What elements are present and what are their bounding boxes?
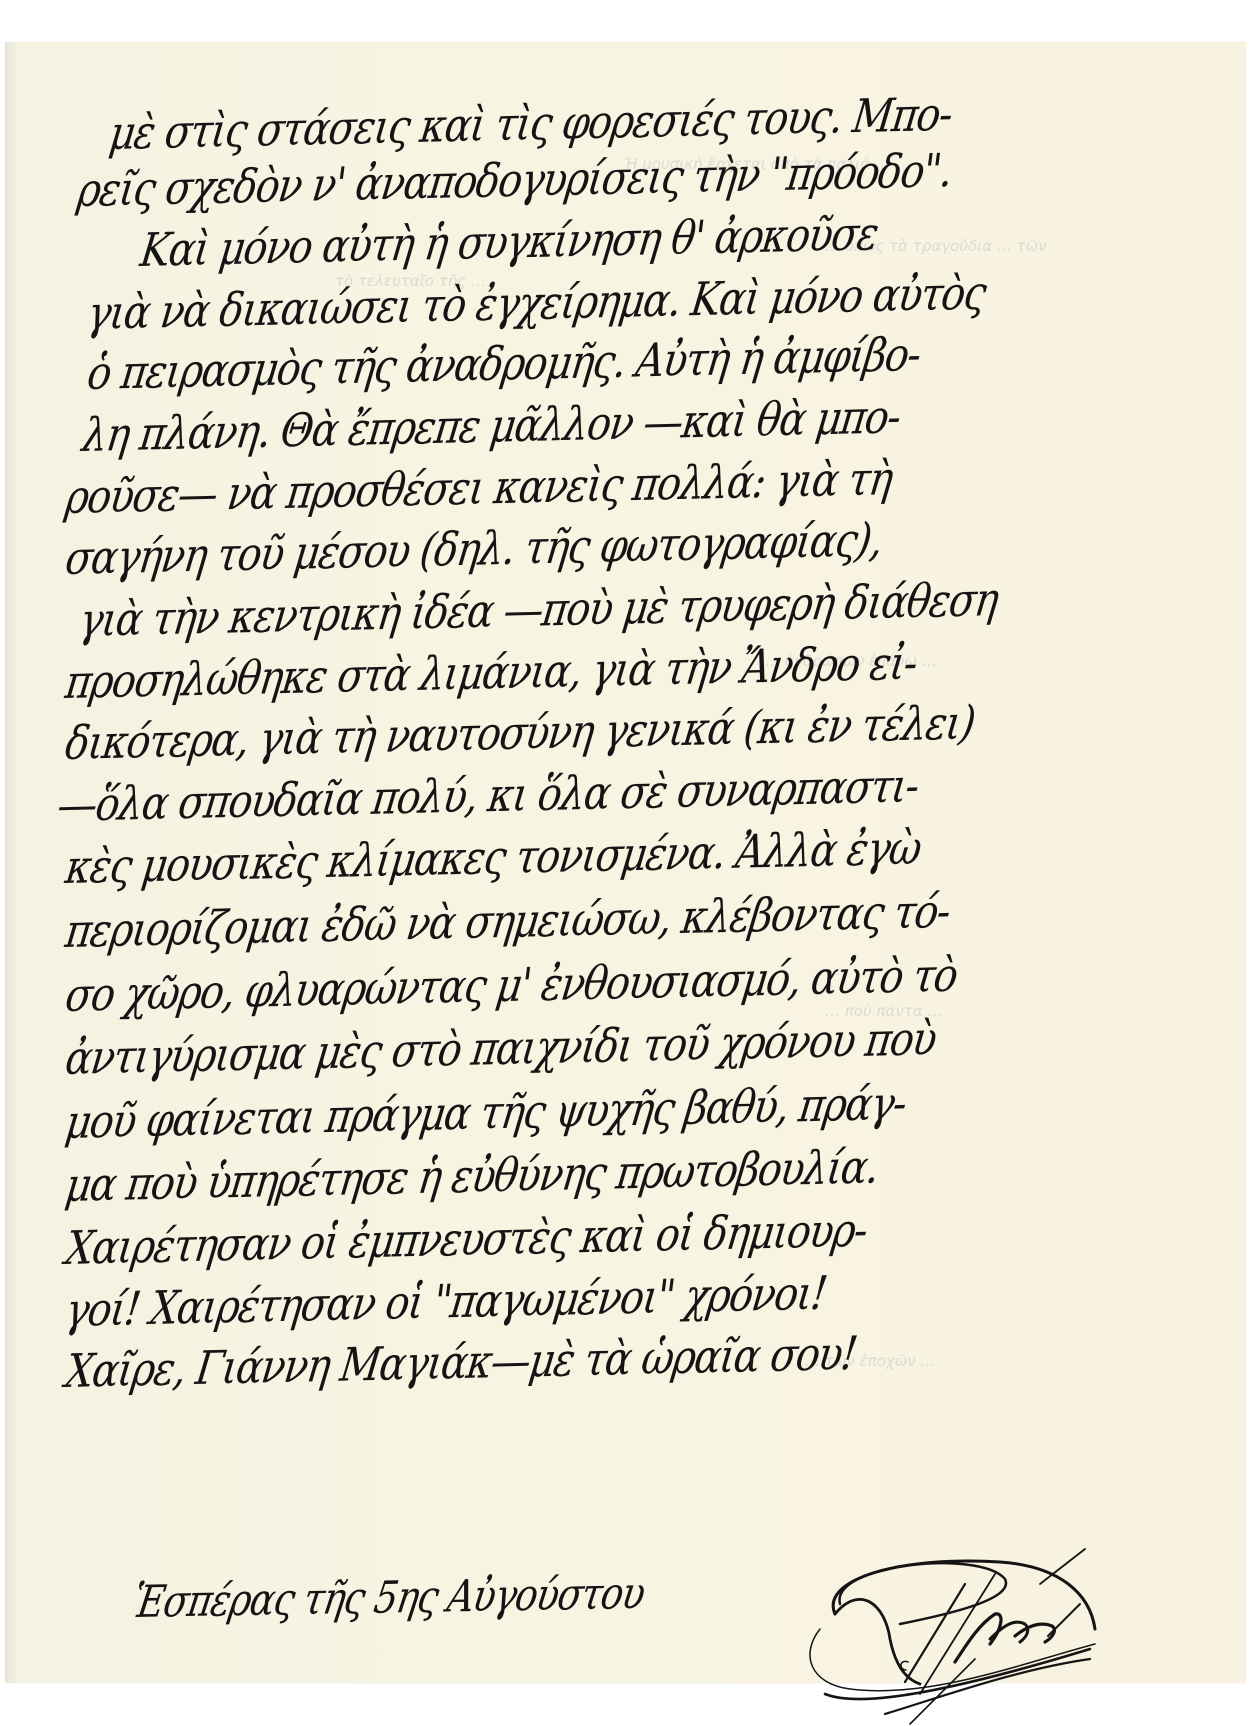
letter-line: Χαιρέτησαν οἱ ἐμπνευστὲς καὶ οἱ δημιουρ- [63, 1207, 869, 1271]
letter-line: Καὶ μόνο αὐτὴ ἡ συγκίνηση θ' ἀρκοῦσε [138, 210, 880, 273]
signature [790, 1544, 1100, 1726]
letter-line: σο χῶρο, φλυαρώντας μ' ἐνθουσιασμό, αὐτὸ… [63, 952, 960, 1018]
letter-line: Χαῖρε, Γιάννη Μαγιάκ—μὲ τὰ ὡραῖα σου! [63, 1330, 859, 1394]
letter-line: προσηλώθηκε στὰ λιμάνια, γιὰ τὴν Ἄνδρο ε… [63, 640, 919, 705]
letter-line: σαγήνη τοῦ μέσου (δηλ. τῆς φωτογραφίας), [63, 516, 885, 581]
letter-line: ὁ πειρασμὸς τῆς ἀναδρομῆς. Αὐτὴ ἡ ἀμφίβο… [85, 331, 923, 396]
letter-line: ροῦσε— νὰ προσθέσει κανεὶς πολλά: γιὰ τὴ [63, 455, 895, 520]
letter-line: δικότερα, γιὰ τὴ ναυτοσύνη γενικά (κι ἐν… [63, 699, 977, 766]
letter-line: —ὅλα σπουδαῖα πολύ, κι ὅλα σὲ συναρπαστι… [55, 762, 921, 828]
letter-line: μοῦ φαίνεται πράγμα τῆς ψυχῆς βαθύ, πράγ… [63, 1080, 908, 1145]
letter-line: ἀντιγύρισμα μὲς στὸ παιχνίδι τοῦ χρόνου … [63, 1015, 939, 1081]
letter-line: λη πλάνη. Θὰ ἔπρεπε μᾶλλον —καὶ θὰ μπο- [80, 393, 903, 458]
letter-line: μα ποὺ ὑπηρέτησε ἡ εὐθύνης πρωτοβουλία. [63, 1143, 881, 1208]
letter-page: Ἡ μουσικὴ ἔρχεται ἀπὸ τὰ παλιά … … ὅπως … [5, 42, 1246, 1683]
letter-line: κὲς μουσικὲς κλίμακες τονισμένα. Ἀλλὰ ἐγ… [63, 824, 923, 890]
letter-line: γιὰ νὰ δικαιώσει τὸ ἐγχείρημα. Καὶ μόνο … [85, 269, 988, 336]
letter-line: γοί! Χαιρέτησαν οἱ "παγωμένοι" χρόνοι! [63, 1270, 829, 1333]
letter-line: περιορίζομαι ἐδῶ νὰ σημειώσω, κλέβοντας … [63, 888, 952, 954]
dateline: Ἑσπέρας τῆς 5ης Αὐγούστου [130, 1568, 648, 1628]
letter-line: γιὰ τὴν κεντρικὴ ἰδέα —ποὺ μὲ τρυφερὴ δι… [77, 576, 1000, 643]
